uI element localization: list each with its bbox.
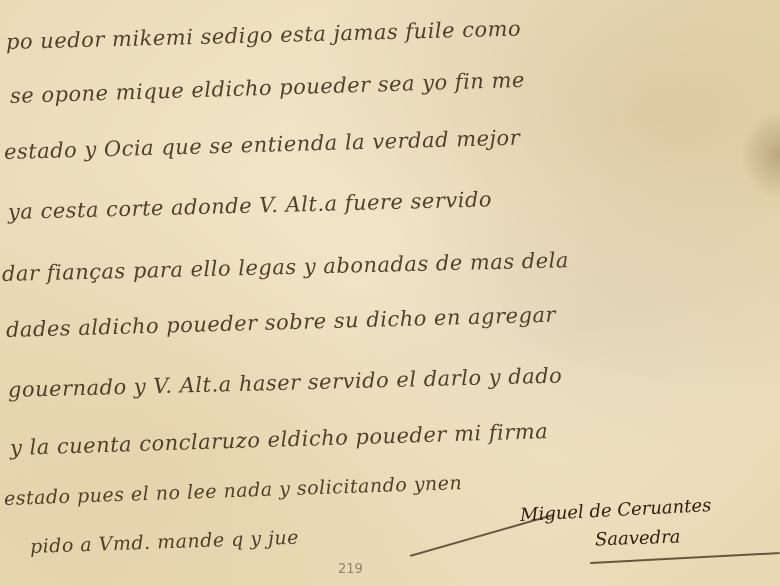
signature-surname: Saavedra [595, 527, 681, 551]
manuscript-line-3: estado y Ocia que se entienda la verdad … [4, 126, 521, 164]
manuscript-line-4: ya cesta corte adonde V. Alt.a fuere ser… [8, 187, 493, 224]
manuscript-line-7: gouernado y V. Alt.a haser servido el da… [8, 363, 563, 402]
manuscript-page: po uedor mikemi sedigo esta jamas fuile … [0, 0, 780, 586]
manuscript-line-1: po uedor mikemi sedigo esta jamas fuile … [6, 17, 522, 54]
manuscript-line-6: dades aldicho poueder sobre su dicho en … [6, 303, 557, 342]
manuscript-line-9: estado pues el no lee nada y solicitando… [4, 472, 463, 510]
signature-underline [590, 552, 780, 564]
signature-name: Miguel de Ceruantes [520, 495, 712, 526]
manuscript-line-2: se opone mique eldicho poueder sea yo fi… [10, 68, 526, 108]
manuscript-line-10: pido a Vmd. mande q y jue [30, 527, 300, 558]
manuscript-line-8: y la cuenta conclaruzo eldicho poueder m… [10, 419, 549, 460]
folio-number: 219 [338, 562, 363, 577]
manuscript-line-5: dar fianças para ello legas y abonadas d… [2, 248, 569, 286]
paper-stain [740, 110, 780, 200]
